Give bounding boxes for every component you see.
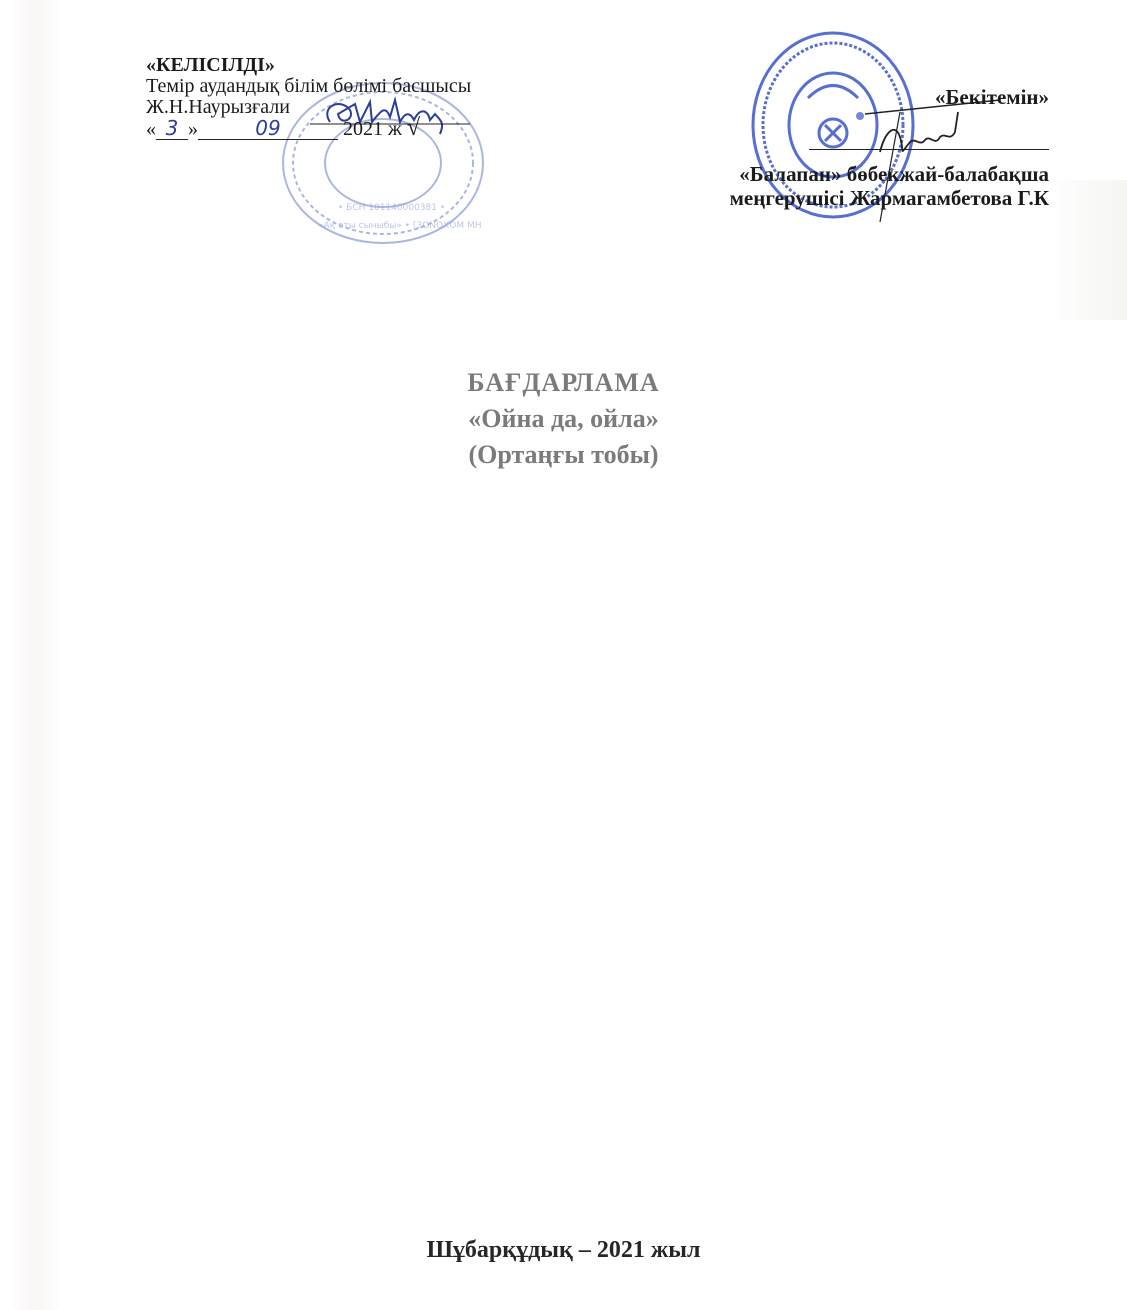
scan-edge-shadow xyxy=(10,0,62,1310)
approval-left-block: «КЕЛІСІЛДІ» Темір аудандық білім бөлімі … xyxy=(146,55,471,140)
approval-left-position: Темір аудандық білім бөлімі басшысы xyxy=(146,76,471,97)
title-line-3: (Ортаңғы тобы) xyxy=(0,437,1127,473)
date-close-quote: » xyxy=(188,118,198,140)
title-line-1: БАҒДАРЛАМА xyxy=(0,365,1127,401)
svg-text:• БСН 101140000381 •: • БСН 101140000381 • xyxy=(338,203,445,213)
approval-left-name: Ж.Н.Наурызғали xyxy=(146,97,471,118)
date-year: 2021 ж xyxy=(343,118,402,140)
approval-right-position: меңгерушісі Жармагамбетова Г.К xyxy=(730,186,1049,210)
scan-edge-shadow xyxy=(1047,180,1127,320)
date-month: 09 xyxy=(198,118,338,140)
svg-text:«Ақ оты сыныбы» • [ЗОNОХОМ МН: «Ақ оты сыныбы» • [ЗОNОХОМ МН xyxy=(318,221,482,231)
check-mark-icon: √ xyxy=(407,115,420,141)
approval-right-heading: «Бекітемін» xyxy=(730,85,1049,109)
approval-left-heading: «КЕЛІСІЛДІ» xyxy=(146,55,471,76)
title-line-2: «Ойна да, ойла» xyxy=(0,401,1127,437)
date-open-quote: « xyxy=(146,118,156,140)
place-year-footer: Шұбарқұдық – 2021 жыл xyxy=(0,1237,1127,1264)
approval-left-date: «3»09 2021 ж √ xyxy=(146,118,471,140)
approval-right-block: «Бекітемін» «Балапан» бөбекжай-балабақша… xyxy=(730,85,1049,210)
signature-line xyxy=(809,121,1049,150)
program-title: БАҒДАРЛАМА «Ойна да, ойла» (Ортаңғы тобы… xyxy=(0,365,1127,473)
date-day: 3 xyxy=(156,118,188,140)
approval-right-org: «Балапан» бөбекжай-балабақша xyxy=(730,162,1049,186)
